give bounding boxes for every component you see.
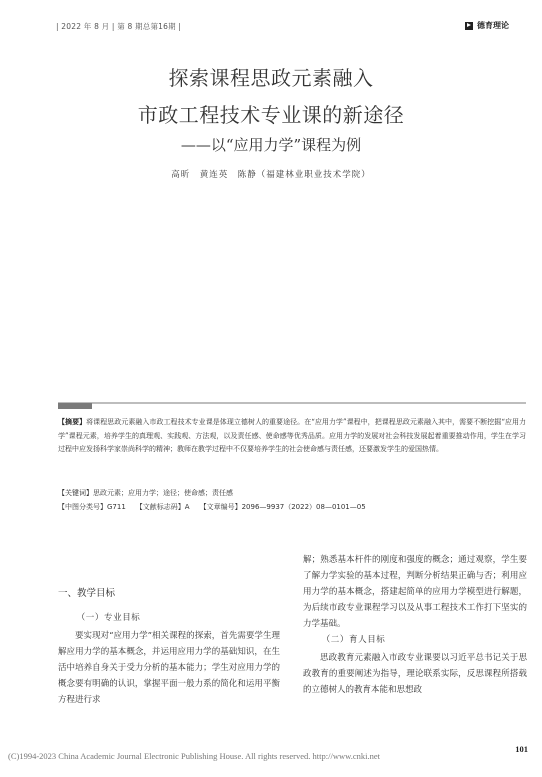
keywords-line: 【关键词】思政元素；应用力学；途径；使命感；责任感 [58, 488, 233, 498]
abstract-divider [58, 402, 526, 404]
abstract-text: 将课程思政元素融入市政工程技术专业课是体现立德树人的重要途径。在“应用力学”课程… [58, 418, 526, 453]
body-left-column: 一、教学目标 （一）专业目标 要实现对“应用力学”相关课程的探索，首先需要学生理… [58, 556, 280, 708]
arrow-box-icon [465, 22, 473, 30]
doc-code-label: 【文献标志码】 [136, 503, 185, 511]
article-no-label: 【文章编号】 [200, 503, 242, 511]
clc-label: 【中图分类号】 [58, 503, 107, 511]
subsection-heading: （一）专业目标 [58, 610, 280, 626]
section-tag: 德育理论 [465, 20, 509, 31]
article-no-value: 2096—9937（2022）08—0101—05 [242, 503, 366, 511]
article-title-line1: 探索课程思政元素融入 [0, 62, 542, 91]
article-authors: 高昕 黄连英 陈静（福建林业职业技术学院） [0, 168, 542, 180]
section-name: 德育理论 [477, 20, 509, 31]
copyright-footer: (C)1994-2023 China Academic Journal Elec… [8, 751, 380, 761]
body-paragraph-continued: 解；熟悉基本杆件的刚度和强度的概念；通过观察，学生要了解力学实验的基本过程，判断… [303, 552, 527, 632]
body-right-column: 解；熟悉基本杆件的刚度和强度的概念；通过观察，学生要了解力学实验的基本过程，判断… [303, 552, 527, 698]
page-number: 101 [515, 744, 528, 754]
article-title-line2: 市政工程技术专业课的新途径 [0, 99, 542, 128]
clc-value: G711 [107, 503, 126, 511]
article-subtitle: ——以“应用力学”课程为例 [0, 134, 542, 155]
issue-info: | 2022 年 8 月 | 第 8 期总第16期 | [56, 21, 181, 32]
body-paragraph: 思政教育元素融入市政专业课要以习近平总书记关于思政教育的重要阐述为指导，理论联系… [303, 650, 527, 698]
doc-code-value: A [185, 503, 190, 511]
subsection-heading: （二）育人目标 [303, 632, 527, 648]
section-heading: 一、教学目标 [58, 586, 280, 602]
body-paragraph: 要实现对“应用力学”相关课程的探索，首先需要学生理解应用力学的基本概念，并运用应… [58, 628, 280, 708]
keywords-label: 【关键词】 [58, 489, 93, 497]
keywords-text: 思政元素；应用力学；途径；使命感；责任感 [93, 489, 233, 497]
abstract-label: 【摘要】 [58, 418, 86, 426]
abstract-block: 【摘要】将课程思政元素融入市政工程技术专业课是体现立德树人的重要途径。在“应用力… [58, 416, 526, 457]
divider-accent-bar [58, 403, 92, 409]
classification-line: 【中图分类号】G711【文献标志码】A【文章编号】2096—9937（2022）… [58, 502, 366, 512]
journal-page: | 2022 年 8 月 | 第 8 期总第16期 | 德育理论 探索课程思政元… [0, 0, 542, 777]
